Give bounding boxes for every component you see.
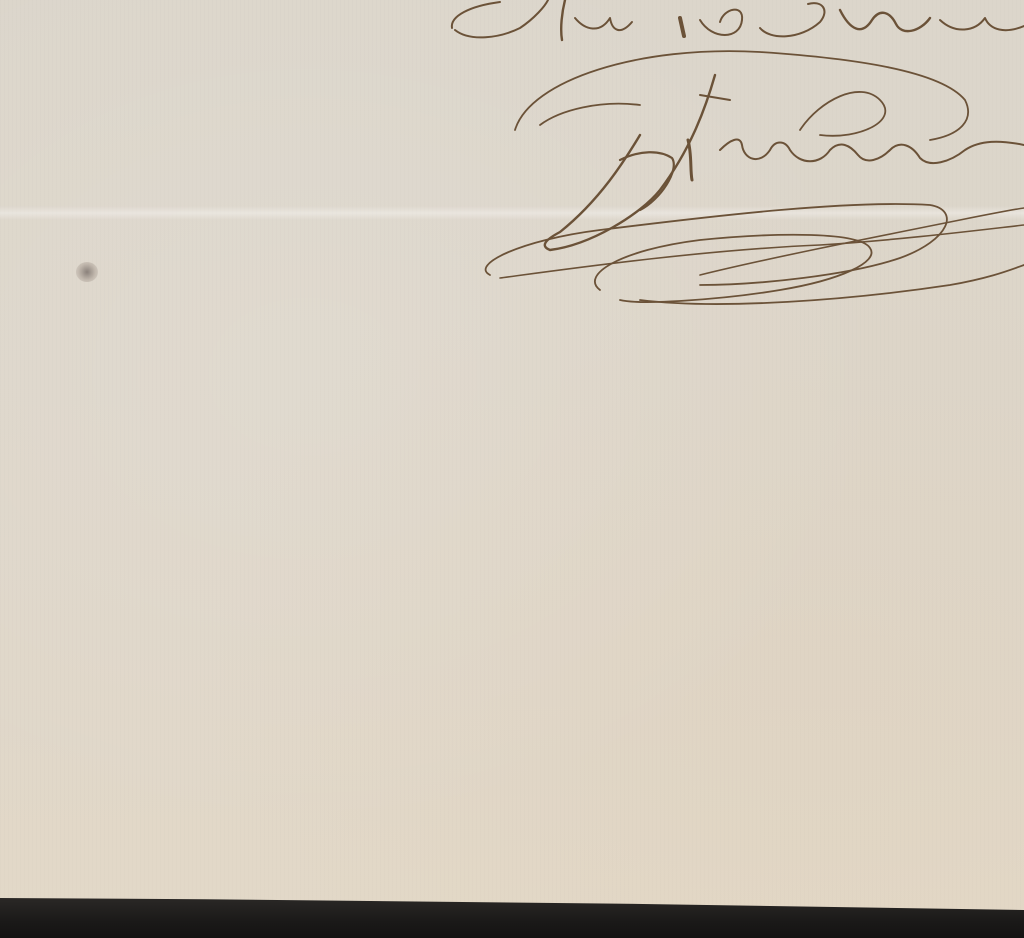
signature-line-1 (452, 0, 1024, 40)
signature-ink (0, 0, 1024, 938)
signature-line-2 (486, 51, 1024, 304)
